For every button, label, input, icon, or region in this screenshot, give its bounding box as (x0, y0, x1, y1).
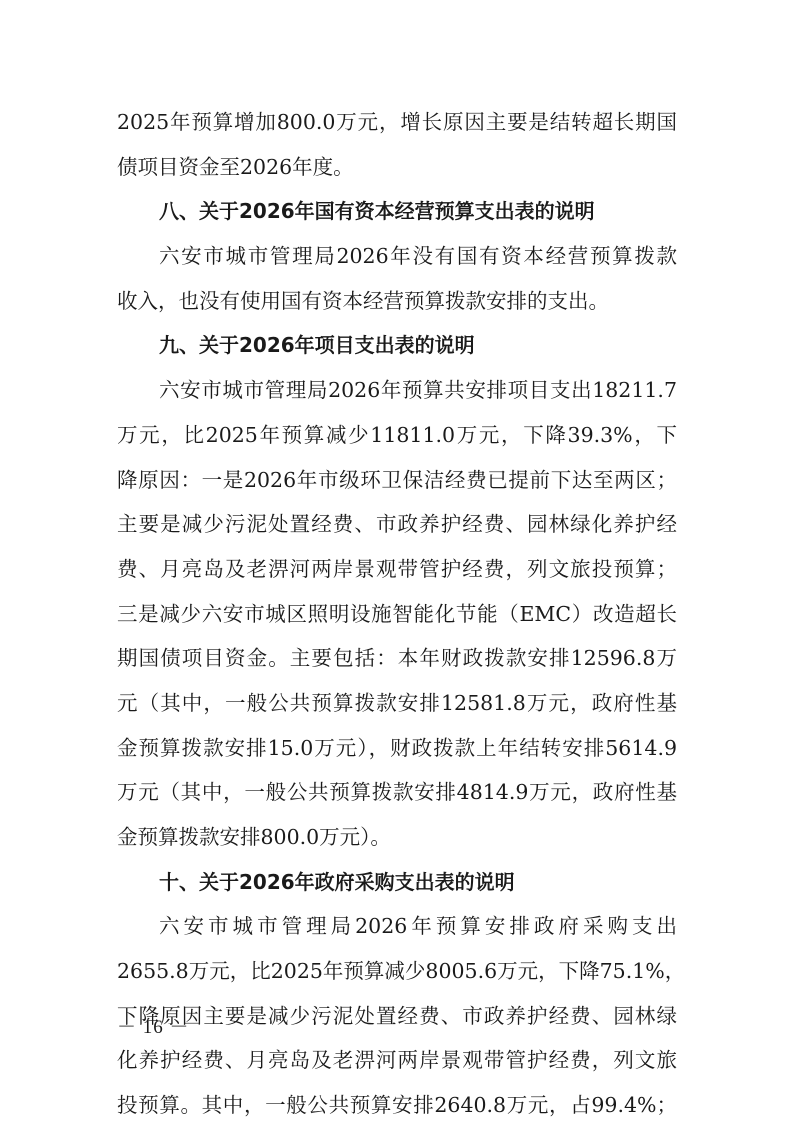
body-line: 收入，也没有使用国有资本经营预算拨款安排的支出。 (117, 279, 677, 324)
body-line: 投预算。其中，一般公共预算安排2640.8万元，占99.4%； (117, 1083, 677, 1122)
body-line: 元（其中，一般公共预算拨款安排12581.8万元，政府性基 (117, 681, 677, 726)
body-line: 金预算拨款安排800.0万元）。 (117, 815, 677, 860)
section-heading-9: 九、关于2026年项目支出表的说明 (117, 323, 677, 368)
body-line: 化养护经费、月亮岛及老淠河两岸景观带管护经费，列文旅 (117, 1038, 677, 1083)
paragraph-start: 六安市城市管理局2026年没有国有资本经营预算拨款 (117, 234, 677, 279)
body-line: 降原因：一是2026年市级环卫保洁经费已提前下达至两区； (117, 458, 677, 503)
body-line: 三是减少六安市城区照明设施智能化节能（EMC）改造超长 (117, 592, 677, 637)
body-line: 2655.8万元，比2025年预算减少8005.6万元，下降75.1%， (117, 949, 677, 994)
body-line: 万元（其中，一般公共预算拨款安排4814.9万元，政府性基 (117, 770, 677, 815)
body-line: 期国债项目资金。主要包括：本年财政拨款安排12596.8万 (117, 636, 677, 681)
section-heading-8: 八、关于2026年国有资本经营预算支出表的说明 (117, 189, 677, 234)
paragraph-start: 六安市城市管理局2026年预算共安排项目支出18211.7 (117, 368, 677, 413)
paragraph-start: 六安市城市管理局2026年预算安排政府采购支出 (117, 904, 677, 949)
body-line: 费、月亮岛及老淠河两岸景观带管护经费，列文旅投预算； (117, 547, 677, 592)
page-number: － 16 － (117, 1012, 190, 1039)
body-line: 万元，比2025年预算减少11811.0万元，下降39.3%，下 (117, 413, 677, 458)
body-line: 2025年预算增加800.0万元，增长原因主要是结转超长期国 (117, 100, 677, 145)
body-line: 主要是减少污泥处置经费、市政养护经费、园林绿化养护经 (117, 502, 677, 547)
body-line: 金预算拨款安排15.0万元），财政拨款上年结转安排5614.9 (117, 726, 677, 771)
body-line: 下降原因主要是减少污泥处置经费、市政养护经费、园林绿 (117, 994, 677, 1039)
document-page: 2025年预算增加800.0万元，增长原因主要是结转超长期国 债项目资金至202… (117, 100, 677, 1122)
body-line: 债项目资金至2026年度。 (117, 145, 677, 190)
section-heading-10: 十、关于2026年政府采购支出表的说明 (117, 860, 677, 905)
